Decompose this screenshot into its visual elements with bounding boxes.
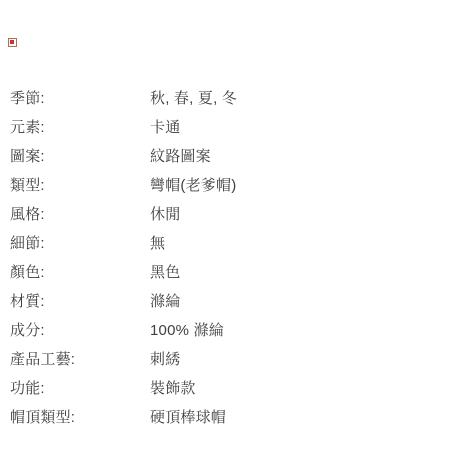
spec-row-season: 季節: 秋, 春, 夏, 冬 — [10, 84, 450, 113]
spec-row-pattern: 圖案: 紋路圖案 — [10, 142, 450, 171]
spec-label: 圖案: — [10, 142, 150, 171]
spec-row-detail: 細節: 無 — [10, 229, 450, 258]
spec-row-function: 功能: 裝飾款 — [10, 374, 450, 403]
spec-label: 細節: — [10, 229, 150, 258]
spec-row-composition: 成分: 100% 滌綸 — [10, 316, 450, 345]
spec-value: 100% 滌綸 — [150, 316, 450, 345]
spec-value: 無 — [150, 229, 450, 258]
spec-row-crown-type: 帽頂類型: 硬頂棒球帽 — [10, 403, 450, 432]
spec-label: 季節: — [10, 84, 150, 113]
spec-value: 刺綉 — [150, 345, 450, 374]
spec-label: 成分: — [10, 316, 150, 345]
spec-row-color: 顏色: 黑色 — [10, 258, 450, 287]
spec-label: 產品工藝: — [10, 345, 150, 374]
spec-row-material: 材質: 滌綸 — [10, 287, 450, 316]
spec-value: 紋路圖案 — [150, 142, 450, 171]
spec-row-style: 風格: 休閒 — [10, 200, 450, 229]
spec-row-type: 類型: 彎帽(老爹帽) — [10, 171, 450, 200]
spec-label: 材質: — [10, 287, 150, 316]
spec-label: 風格: — [10, 200, 150, 229]
spec-value: 卡通 — [150, 113, 450, 142]
spec-value: 硬頂棒球帽 — [150, 403, 450, 432]
spec-value: 裝飾款 — [150, 374, 450, 403]
product-spec-table: 季節: 秋, 春, 夏, 冬 元素: 卡通 圖案: 紋路圖案 類型: 彎帽(老爹… — [10, 84, 450, 432]
spec-value: 秋, 春, 夏, 冬 — [150, 84, 450, 113]
spec-value: 滌綸 — [150, 287, 450, 316]
spec-label: 帽頂類型: — [10, 403, 150, 432]
spec-label: 類型: — [10, 171, 150, 200]
spec-label: 顏色: — [10, 258, 150, 287]
spec-row-element: 元素: 卡通 — [10, 113, 450, 142]
spec-label: 元素: — [10, 113, 150, 142]
spec-value: 休閒 — [150, 200, 450, 229]
product-spec-page: 季節: 秋, 春, 夏, 冬 元素: 卡通 圖案: 紋路圖案 類型: 彎帽(老爹… — [0, 0, 468, 468]
broken-image-icon — [8, 38, 17, 47]
spec-value: 黑色 — [150, 258, 450, 287]
spec-label: 功能: — [10, 374, 150, 403]
spec-value: 彎帽(老爹帽) — [150, 171, 450, 200]
spec-row-craft: 產品工藝: 刺綉 — [10, 345, 450, 374]
